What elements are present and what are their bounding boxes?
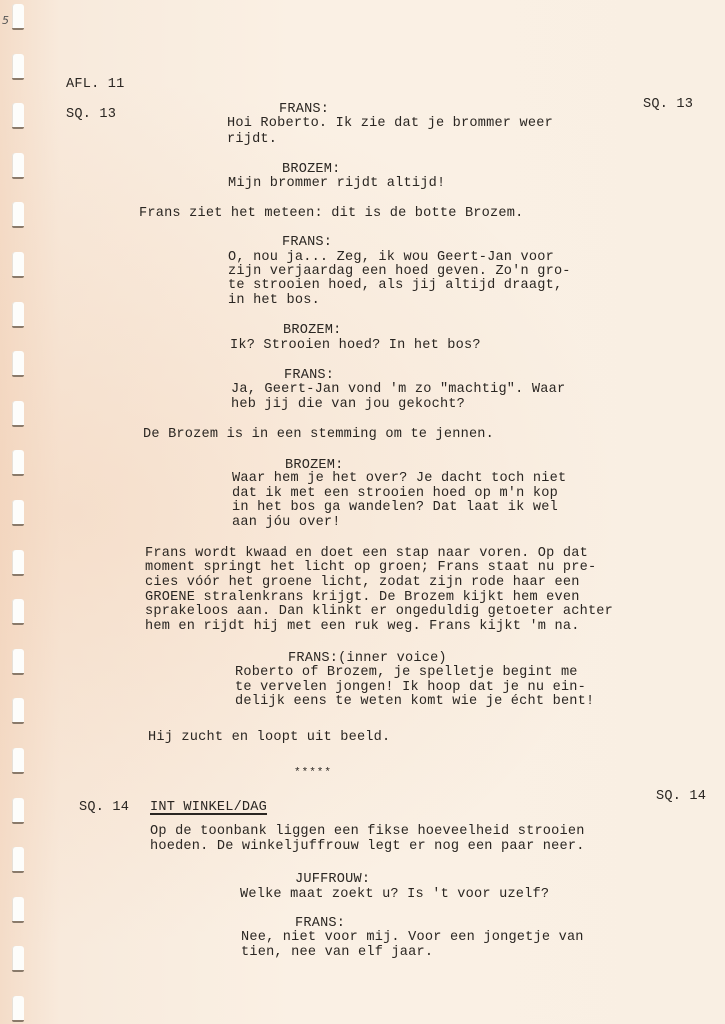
action-line: cies vóór het groene licht, zodat zijn r… (145, 576, 580, 590)
dialogue-line: Ik? Strooien hoed? In het bos? (230, 339, 481, 353)
binder-hole (12, 302, 24, 328)
binder-hole (12, 946, 24, 972)
binder-holes (12, 0, 26, 1024)
episode-number: AFL. 11 (66, 78, 125, 92)
speaker: FRANS: (282, 236, 332, 250)
dialogue-line: Roberto of Brozem, je spelletje begint m… (235, 666, 578, 680)
dialogue-line: heb jij die van jou gekocht? (231, 398, 465, 412)
dialogue-line: Welke maat zoekt u? Is 't voor uzelf? (240, 888, 549, 902)
scene-number-right: SQ. 13 (643, 98, 693, 112)
dialogue-line: in het bos. (228, 294, 320, 308)
binder-hole (12, 550, 24, 576)
action-line: Op de toonbank liggen een fikse hoeveelh… (150, 825, 585, 839)
dialogue-line: delijk eens te weten komt wie je écht be… (235, 695, 594, 709)
binder-hole (12, 996, 24, 1022)
speaker: JUFFROUW: (295, 873, 370, 887)
binder-hole (12, 202, 24, 228)
speaker: FRANS: (295, 917, 345, 931)
dialogue-line: aan jóu over! (232, 516, 341, 530)
binder-hole (12, 351, 24, 377)
speaker: BROZEM: (282, 163, 341, 177)
action-line: hem en rijdt hij met een ruk weg. Frans … (145, 620, 580, 634)
speaker: FRANS:(inner voice) (288, 652, 447, 666)
binder-hole (12, 500, 24, 526)
binder-hole (12, 798, 24, 824)
dialogue-line: dat ik met een strooien hoed op m'n kop (232, 487, 558, 501)
dialogue-line: Hoi Roberto. Ik zie dat je brommer weer (227, 117, 553, 131)
binder-hole (12, 599, 24, 625)
page-mark: 5 (2, 14, 9, 27)
dialogue-line: Mijn brommer rijdt altijd! (228, 177, 445, 191)
action-line: GROENE stralenkrans krijgt. De Brozem ki… (145, 591, 580, 605)
dialogue-line: rijdt. (227, 133, 277, 147)
dialogue-line: Ja, Geert-Jan vond 'm zo "machtig". Waar (231, 383, 565, 397)
action-line: moment springt het licht op groen; Frans… (145, 561, 596, 575)
scene-separator: ***** (294, 766, 332, 780)
dialogue-line: zijn verjaardag een hoed geven. Zo'n gro… (228, 265, 571, 279)
action-line: sprakeloos aan. Dan klinkt er ongeduldig… (145, 605, 613, 619)
dialogue-line: in het bos ga wandelen? Dat laat ik wel (232, 501, 558, 515)
dialogue-line: te strooien hoed, als jij altijd draagt, (228, 279, 562, 293)
scene-number-right: SQ. 14 (656, 790, 706, 804)
action-line: hoeden. De winkeljuffrouw legt er nog ee… (150, 840, 585, 854)
binder-hole (12, 847, 24, 873)
action-line: Frans wordt kwaad en doet een stap naar … (145, 547, 588, 561)
action-line: De Brozem is in een stemming om te jenne… (143, 428, 494, 442)
binder-hole (12, 153, 24, 179)
binder-hole (12, 450, 24, 476)
binder-hole (12, 698, 24, 724)
binder-hole (12, 649, 24, 675)
action-line: Frans ziet het meteen: dit is de botte B… (139, 207, 523, 221)
dialogue-line: O, nou ja... Zeg, ik wou Geert-Jan voor (228, 251, 554, 265)
scene-number-left: SQ. 14 (79, 801, 129, 815)
binder-hole (12, 103, 24, 129)
scene-number-left: SQ. 13 (66, 108, 116, 122)
binder-hole (12, 54, 24, 80)
binder-hole (12, 4, 24, 30)
binder-hole (12, 252, 24, 278)
dialogue-line: Waar hem je het over? Je dacht toch niet (232, 472, 566, 486)
speaker: FRANS: (284, 369, 334, 383)
dialogue-line: te vervelen jongen! Ik hoop dat je nu ei… (235, 681, 586, 695)
binder-hole (12, 897, 24, 923)
dialogue-line: Nee, niet voor mij. Voor een jongetje va… (241, 931, 584, 945)
action-line: Hij zucht en loopt uit beeld. (148, 731, 390, 745)
binder-hole (12, 401, 24, 427)
scene-heading: INT WINKEL/DAG (150, 801, 267, 815)
speaker: BROZEM: (283, 324, 342, 338)
dialogue-line: tien, nee van elf jaar. (241, 946, 433, 960)
binder-hole (12, 748, 24, 774)
speaker: FRANS: (279, 103, 329, 117)
